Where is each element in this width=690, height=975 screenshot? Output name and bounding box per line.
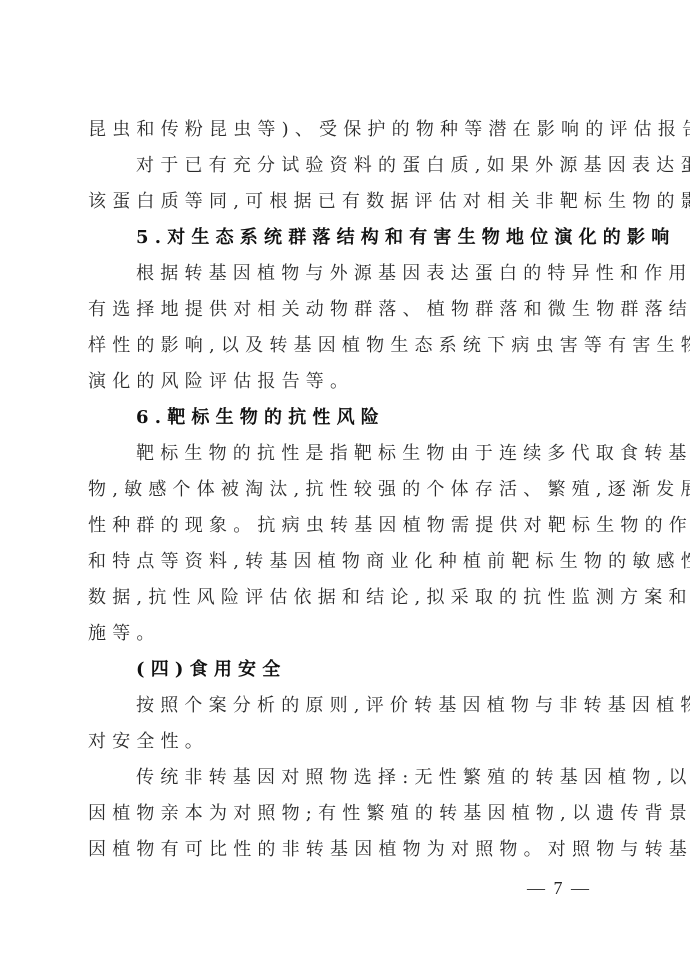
text-line-8: 演化的风险评估报告等。 bbox=[88, 370, 608, 394]
text-line-1: 昆虫和传粉昆虫等)、受保护的物种等潜在影响的评估报告。 bbox=[88, 118, 608, 142]
text-line-14: 数据,抗性风险评估依据和结论,拟采取的抗性监测方案和治理措 bbox=[88, 586, 608, 610]
text-line-2: 对于已有充分试验资料的蛋白质,如果外源基因表达蛋白与 bbox=[136, 154, 656, 178]
text-line-3: 该蛋白质等同,可根据已有数据评估对相关非靶标生物的影响。 bbox=[88, 190, 608, 214]
text-line-19: 传统非转基因对照物选择:无性繁殖的转基因植物,以非转基 bbox=[136, 766, 656, 790]
text-line-15: 施等。 bbox=[88, 622, 608, 646]
text-line-17: 按照个案分析的原则,评价转基因植物与非转基因植物的相 bbox=[136, 694, 656, 718]
text-line-20: 因植物亲本为对照物;有性繁殖的转基因植物,以遗传背景与转基 bbox=[88, 802, 608, 826]
section-heading-5: 5.对生态系统群落结构和有害生物地位演化的影响 bbox=[136, 226, 656, 250]
text-line-5: 根据转基因植物与外源基因表达蛋白的特异性和作用机理, bbox=[136, 262, 656, 286]
text-line-11: 物,敏感个体被淘汰,抗性较强的个体存活、繁殖,逐渐发展成高抗 bbox=[88, 478, 608, 502]
section-heading-6: 6.靶标生物的抗性风险 bbox=[136, 406, 656, 430]
text-line-7: 样性的影响,以及转基因植物生态系统下病虫害等有害生物地位 bbox=[88, 334, 608, 358]
text-line-10: 靶标生物的抗性是指靶标生物由于连续多代取食转基因植 bbox=[136, 442, 656, 466]
text-line-21: 因植物有可比性的非转基因植物为对照物。对照物与转基因植物 bbox=[88, 838, 608, 862]
text-line-12: 性种群的现象。抗病虫转基因植物需提供对靶标生物的作用机制 bbox=[88, 514, 608, 538]
text-line-6: 有选择地提供对相关动物群落、植物群落和微生物群落结构和多 bbox=[88, 298, 608, 322]
text-line-18: 对安全性。 bbox=[88, 730, 608, 754]
page-number: — 7 — bbox=[527, 876, 591, 900]
document-page: 昆虫和传粉昆虫等)、受保护的物种等潜在影响的评估报告。 对于已有充分试验资料的蛋… bbox=[0, 0, 690, 975]
section-heading-4: (四)食用安全 bbox=[136, 658, 656, 682]
text-line-13: 和特点等资料,转基因植物商业化种植前靶标生物的敏感性基线 bbox=[88, 550, 608, 574]
